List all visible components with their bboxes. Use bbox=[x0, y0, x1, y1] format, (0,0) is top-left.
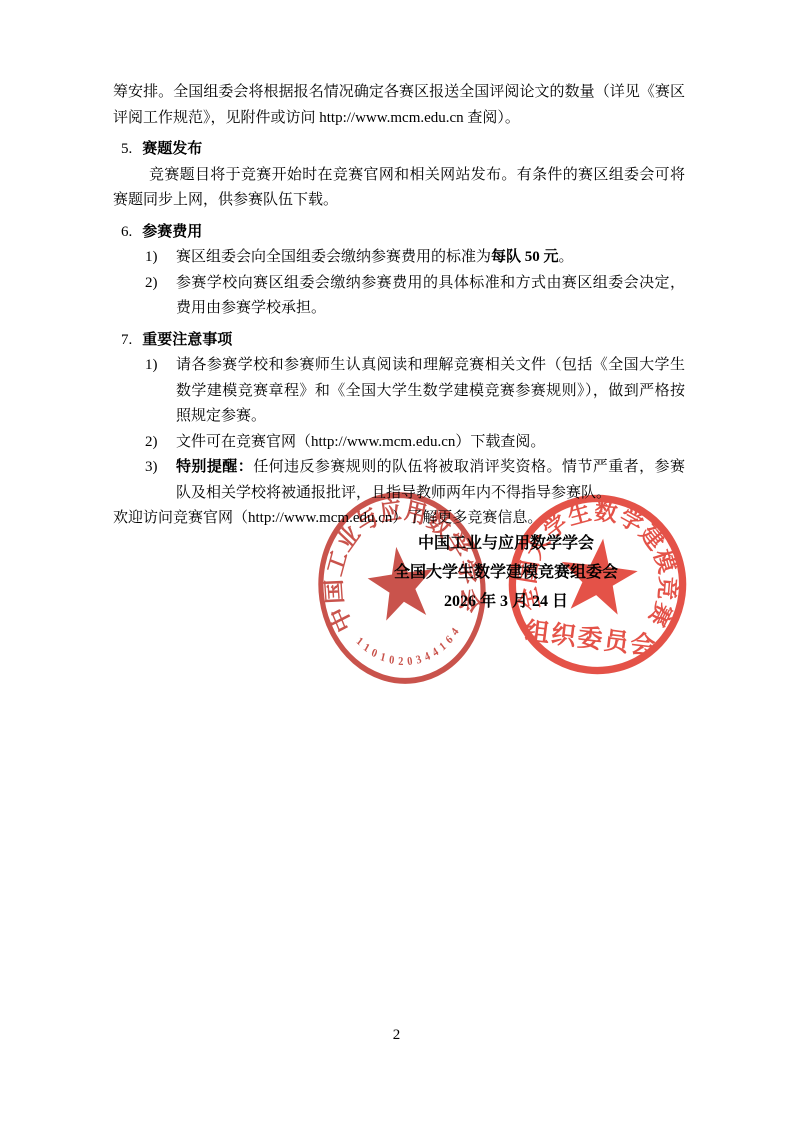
star-icon bbox=[364, 542, 439, 622]
paragraph-continuation: 筹安排。全国组委会将根据报名情况确定各赛区报送全国评阅论文的数量（详见《赛区评阅… bbox=[113, 80, 685, 131]
list-item: 2) 文件可在竞赛官网（http://www.mcm.edu.cn）下载查阅。 bbox=[113, 430, 685, 456]
list-item-bold-lead: 特别提醒： bbox=[176, 459, 253, 475]
section-title: 重要注意事项 bbox=[142, 332, 232, 348]
section-number: 6. bbox=[121, 224, 132, 240]
star-icon bbox=[556, 534, 641, 616]
list-item-number: 1) bbox=[145, 245, 158, 271]
official-seal-right: 全国大学生数学建模竞赛 组织委员会 bbox=[495, 482, 699, 688]
section-title: 赛题发布 bbox=[142, 141, 202, 157]
list-item-number: 2) bbox=[145, 430, 158, 456]
list-item-text: 。 bbox=[559, 249, 574, 265]
official-seal-left: 中国工业与应用数学学会 1101020344164 bbox=[303, 478, 501, 698]
page-number: 2 bbox=[0, 1027, 793, 1044]
list-item: 2) 参赛学校向赛区组委会缴纳参赛费用的具体标准和方式由赛区组委会决定，费用由参… bbox=[113, 271, 685, 322]
section-heading-6: 6.参赛费用 bbox=[113, 220, 685, 246]
section-heading-5: 5.赛题发布 bbox=[113, 137, 685, 163]
list-item-text: 参赛学校向赛区组委会缴纳参赛费用的具体标准和方式由赛区组委会决定，费用由参赛学校… bbox=[176, 275, 685, 317]
paragraph-section-5: 竞赛题目将于竞赛开始时在竞赛官网和相关网站发布。有条件的赛区组委会可将赛题同步上… bbox=[113, 163, 685, 214]
section-number: 5. bbox=[121, 141, 132, 157]
list-item-text: 赛区组委会向全国组委会缴纳参赛费用的标准为 bbox=[176, 249, 491, 265]
list-item-number: 1) bbox=[145, 353, 158, 379]
list-item: 1) 请各参赛学校和参赛师生认真阅读和理解竞赛相关文件（包括《全国大学生数学建模… bbox=[113, 353, 685, 430]
list-item-text: 请各参赛学校和参赛师生认真阅读和理解竞赛相关文件（包括《全国大学生数学建模竞赛章… bbox=[176, 357, 685, 424]
document-body: 筹安排。全国组委会将根据报名情况确定各赛区报送全国评阅论文的数量（详见《赛区评阅… bbox=[113, 80, 685, 532]
section-title: 参赛费用 bbox=[142, 224, 202, 240]
section-heading-7: 7.重要注意事项 bbox=[113, 328, 685, 354]
list-item-number: 2) bbox=[145, 271, 158, 297]
list-item: 1) 赛区组委会向全国组委会缴纳参赛费用的标准为每队 50 元。 bbox=[113, 245, 685, 271]
list-item-text: 文件可在竞赛官网（http://www.mcm.edu.cn）下载查阅。 bbox=[176, 434, 545, 450]
list-item-number: 3) bbox=[145, 455, 158, 481]
document-page: 筹安排。全国组委会将根据报名情况确定各赛区报送全国评阅论文的数量（详见《赛区评阅… bbox=[0, 0, 793, 1122]
list-item-bold-text: 每队 50 元 bbox=[491, 249, 559, 265]
section-number: 7. bbox=[121, 332, 132, 348]
